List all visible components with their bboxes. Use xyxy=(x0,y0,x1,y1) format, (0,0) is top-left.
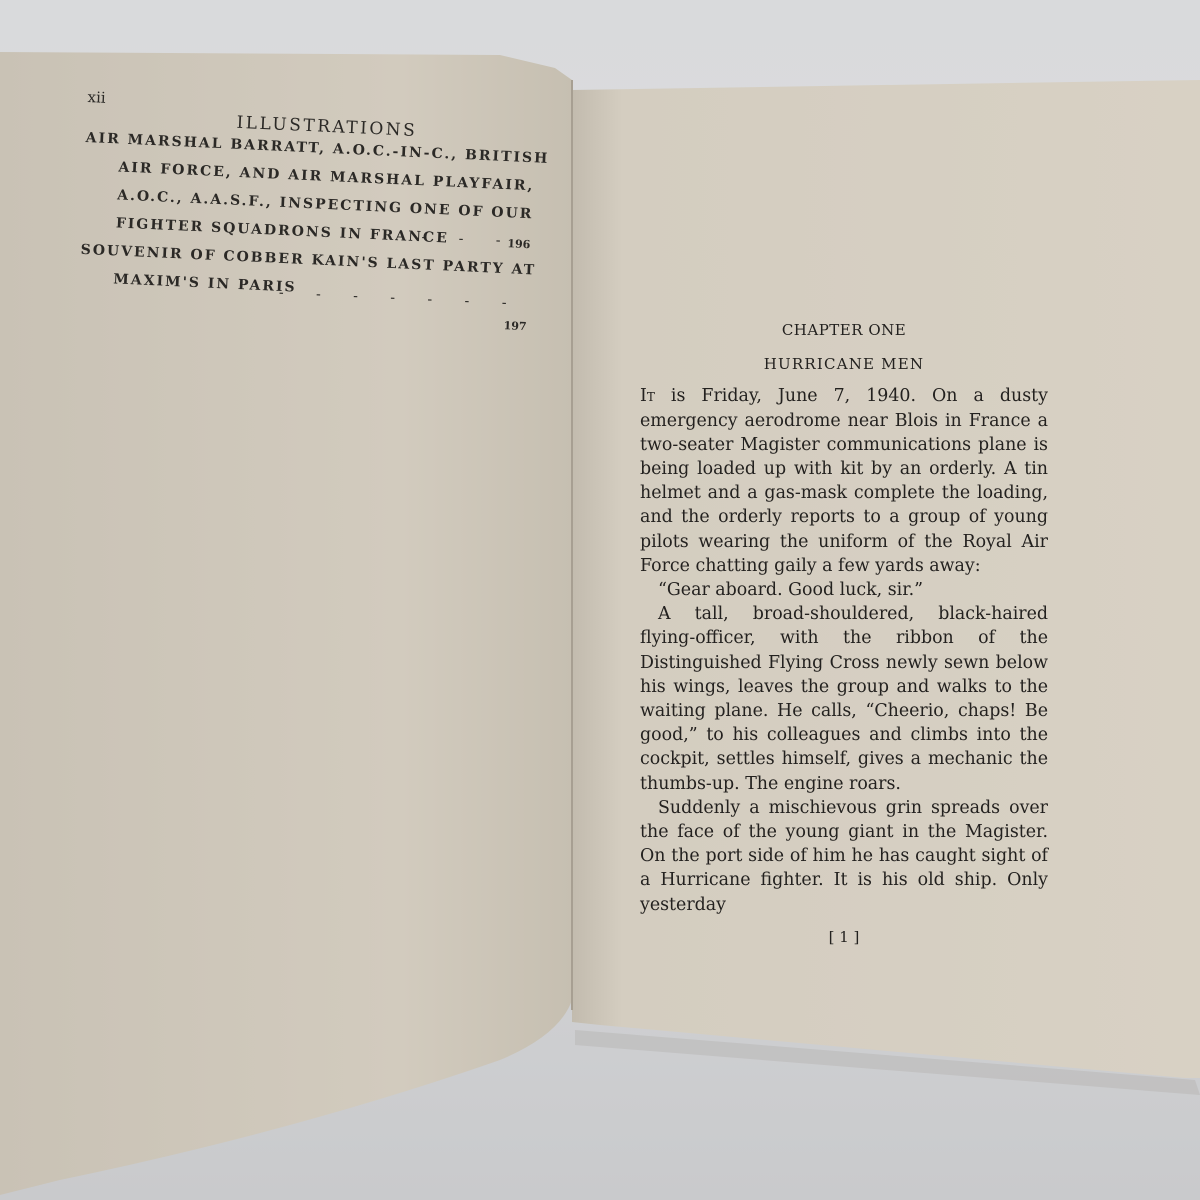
open-book: xii ILLUSTRATIONS AIR MARSHAL BARRATT, A… xyxy=(0,0,1200,1200)
paragraph: Suddenly a mischievous grin spreads over… xyxy=(640,796,1048,917)
dropcaps-opening: It xyxy=(640,386,655,406)
right-page: CHAPTER ONE HURRICANE MEN It is Friday, … xyxy=(640,318,1048,949)
paragraph: “Gear aboard. Good luck, sir.” xyxy=(640,578,1048,602)
chapter-title: HURRICANE MEN xyxy=(640,352,1048,376)
illustration-page-number: 196 xyxy=(507,237,531,251)
paragraph: It is Friday, June 7, 1940. On a dusty e… xyxy=(640,384,1048,578)
paragraph-text: is Friday, June 7, 1940. On a dusty emer… xyxy=(640,386,1048,575)
page-folio: xii xyxy=(87,88,106,107)
chapter-label: CHAPTER ONE xyxy=(640,318,1048,342)
paragraph: A tall, broad-shouldered, black-haired f… xyxy=(640,602,1048,796)
illustration-page-number: 197 xyxy=(503,319,527,333)
page-number: [ 1 ] xyxy=(640,925,1048,949)
